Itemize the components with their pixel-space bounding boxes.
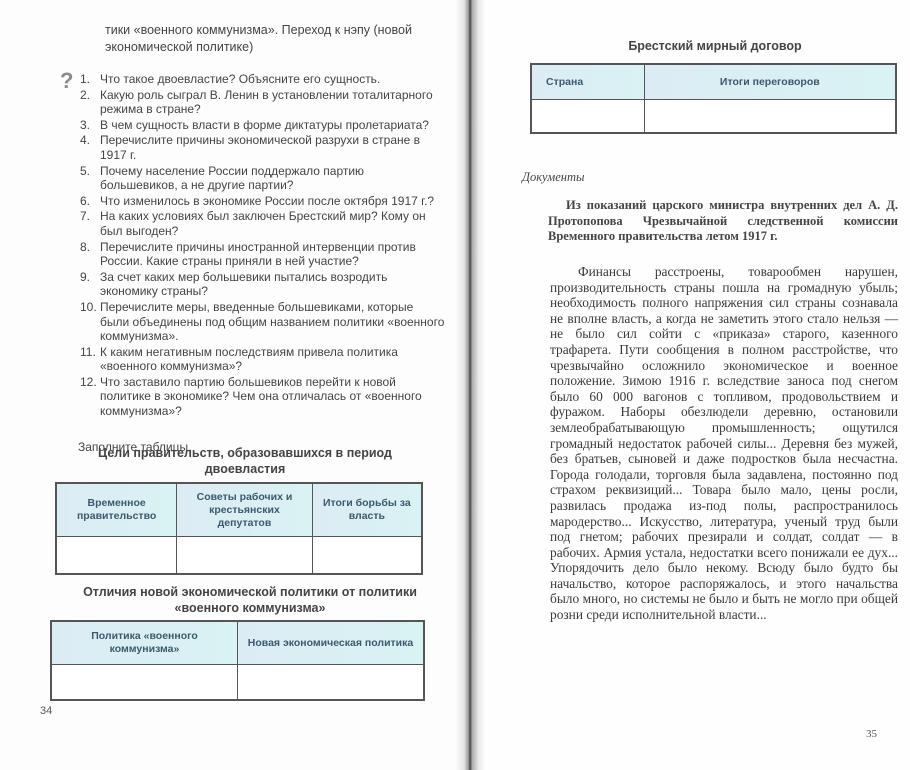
table-row bbox=[56, 537, 422, 575]
table-row bbox=[51, 665, 424, 701]
question-number: 6. bbox=[80, 194, 90, 209]
table3-cell[interactable] bbox=[644, 100, 896, 134]
question-text: За счет каких мер большевики пытались во… bbox=[100, 270, 387, 299]
question-text: В чем сущность власти в форме диктатуры … bbox=[100, 118, 429, 132]
question-number: 12. bbox=[80, 375, 97, 390]
documents-label: Документы bbox=[522, 170, 585, 185]
question-number: 3. bbox=[80, 118, 90, 133]
question-item: 11.К каким негативным последствиям приве… bbox=[80, 345, 445, 374]
question-number: 4. bbox=[80, 133, 90, 148]
question-item: 10.Перечислите меры, введенные большевик… bbox=[80, 300, 445, 344]
question-item: 12.Что заставило партию большевиков пере… bbox=[80, 375, 445, 419]
question-number: 7. bbox=[80, 209, 90, 224]
document-heading: Из показаний царского министра внутренни… bbox=[548, 198, 898, 245]
question-item: 7.На каких условиях был заключен Брестск… bbox=[80, 209, 445, 238]
table-row bbox=[531, 100, 896, 134]
table1-cell[interactable] bbox=[56, 537, 177, 575]
table1-cell[interactable] bbox=[177, 537, 312, 575]
table3-title: Брестский мирный договор bbox=[560, 38, 870, 54]
question-number: 1. bbox=[80, 72, 90, 87]
question-item: 6.Что изменилось в экономике России посл… bbox=[80, 194, 445, 209]
page-number: 35 bbox=[866, 728, 877, 740]
table2-header: Новая экономическая политика bbox=[238, 621, 425, 665]
table-nep-vs-war-communism: Политика «военного коммунизма» Новая эко… bbox=[50, 620, 425, 701]
question-item: 4.Перечислите причины экономической разр… bbox=[80, 133, 445, 162]
question-item: 9.За счет каких мер большевики пытались … bbox=[80, 270, 445, 299]
question-text: Что заставило партию большевиков перейти… bbox=[100, 375, 422, 418]
table2-cell[interactable] bbox=[51, 665, 238, 701]
left-page: тики «военного коммунизма». Переход к нэ… bbox=[0, 0, 466, 770]
question-text: На каких условиях был заключен Брестский… bbox=[100, 209, 426, 238]
page-number: 34 bbox=[40, 705, 52, 717]
question-item: 3.В чем сущность власти в форме диктатур… bbox=[80, 118, 445, 133]
table1-title: Цели правительств, образовавшихся в пери… bbox=[80, 445, 410, 477]
table1-header: Временное правительство bbox=[56, 483, 177, 537]
question-item: 1.Что такое двоевластие? Объясните его с… bbox=[80, 72, 445, 87]
table2-header: Политика «военного коммунизма» bbox=[51, 621, 238, 665]
table3-header: Итоги переговоров bbox=[644, 64, 896, 100]
question-text: К каким негативным последствиям привела … bbox=[100, 345, 398, 374]
table2-title: Отличия новой экономической политики от … bbox=[70, 584, 430, 616]
table-dual-power: Временное правительство Советы рабочих и… bbox=[55, 482, 423, 575]
table2-cell[interactable] bbox=[238, 665, 425, 701]
table1-header: Итоги борьбы за власть bbox=[312, 483, 422, 537]
table1-cell[interactable] bbox=[312, 537, 422, 575]
table3-header: Страна bbox=[531, 64, 644, 100]
question-number: 8. bbox=[80, 240, 90, 255]
question-text: Почему население России поддержало парти… bbox=[100, 164, 364, 193]
question-number: 10. bbox=[80, 300, 97, 315]
table1-header: Советы рабочих и крестьянских депутатов bbox=[177, 483, 312, 537]
table3-cell[interactable] bbox=[531, 100, 644, 134]
question-text: Что такое двоевластие? Объясните его сущ… bbox=[100, 72, 380, 86]
question-item: 2.Какую роль сыграл В. Ленин в установле… bbox=[80, 88, 445, 117]
question-list: 1.Что такое двоевластие? Объясните его с… bbox=[80, 72, 445, 420]
question-mark-icon: ? bbox=[60, 68, 73, 94]
question-number: 5. bbox=[80, 164, 90, 179]
question-number: 2. bbox=[80, 88, 90, 103]
question-text: Перечислите меры, введенные большевиками… bbox=[100, 300, 444, 343]
question-item: 5.Почему население России поддержало пар… bbox=[80, 164, 445, 193]
question-text: Что изменилось в экономике России после … bbox=[100, 194, 434, 208]
question-text: Перечислите причины иностранной интервен… bbox=[100, 240, 416, 269]
book-spine bbox=[455, 0, 485, 770]
question-number: 9. bbox=[80, 270, 90, 285]
question-text: Перечислите причины экономической разрух… bbox=[100, 133, 420, 162]
question-number: 11. bbox=[80, 345, 96, 360]
intro-text: тики «военного коммунизма». Переход к нэ… bbox=[105, 22, 440, 56]
document-body: Финансы расстроены, товарообмен нарушен,… bbox=[550, 264, 898, 623]
table-brest-treaty: Страна Итоги переговоров bbox=[530, 63, 897, 134]
question-item: 8.Перечислите причины иностранной интерв… bbox=[80, 240, 445, 269]
question-text: Какую роль сыграл В. Ленин в установлени… bbox=[100, 88, 433, 117]
